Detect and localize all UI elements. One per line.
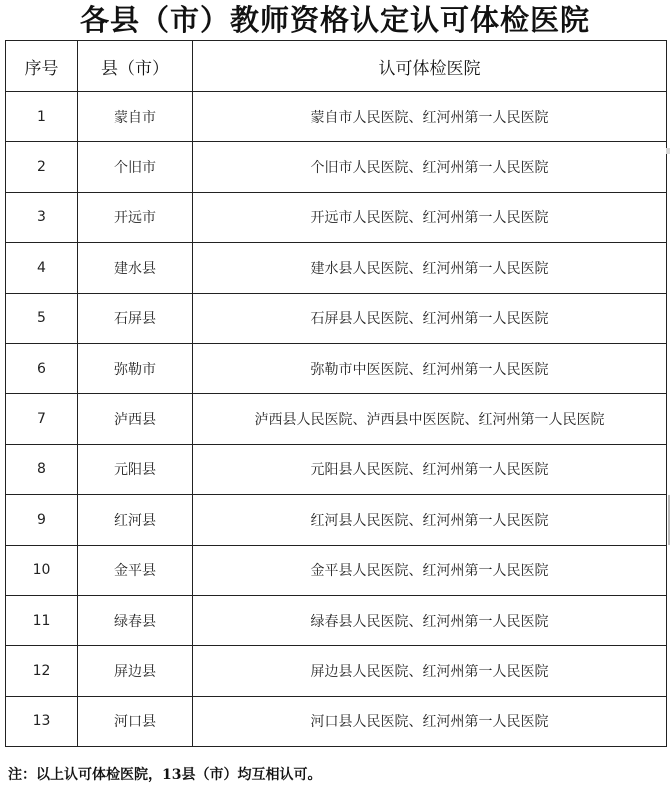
table-row: 3开远市开远市人民医院、红河州第一人民医院	[6, 192, 667, 242]
footnote: 注：以上认可体检医院，13县（市）均互相认可。	[8, 764, 321, 786]
county-name: 建水县	[78, 243, 193, 293]
county-name: 河口县	[78, 696, 193, 746]
table-row: 12屏边县屏边县人民医院、红河州第一人民医院	[6, 646, 667, 696]
hospital-table: 序号 县（市） 认可体检医院 1蒙自市蒙自市人民医院、红河州第一人民医院2个旧市…	[5, 40, 667, 747]
hospital-list: 开远市人民医院、红河州第一人民医院	[193, 192, 667, 242]
row-number: 5	[6, 293, 78, 343]
hospital-list: 弥勒市中医医院、红河州第一人民医院	[193, 343, 667, 393]
table-header-row: 序号 县（市） 认可体检医院	[6, 41, 667, 92]
row-number: 2	[6, 142, 78, 192]
header-county: 县（市）	[78, 41, 193, 92]
table-row: 4建水县建水县人民医院、红河州第一人民医院	[6, 243, 667, 293]
county-name: 屏边县	[78, 646, 193, 696]
table-row: 10金平县金平县人民医院、红河州第一人民医院	[6, 545, 667, 595]
hospital-list: 泸西县人民医院、泸西县中医医院、红河州第一人民医院	[193, 394, 667, 444]
county-name: 个旧市	[78, 142, 193, 192]
table-row: 9红河县红河县人民医院、红河州第一人民医院	[6, 495, 667, 545]
table-row: 2个旧市个旧市人民医院、红河州第一人民医院	[6, 142, 667, 192]
header-hospitals: 认可体检医院	[193, 41, 667, 92]
hospital-list: 蒙自市人民医院、红河州第一人民医院	[193, 92, 667, 142]
page-title: 各县（市）教师资格认定认可体检医院	[0, 0, 670, 40]
county-name: 红河县	[78, 495, 193, 545]
county-name: 金平县	[78, 545, 193, 595]
table-row: 13河口县河口县人民医院、红河州第一人民医院	[6, 696, 667, 746]
table-row: 8元阳县元阳县人民医院、红河州第一人民医院	[6, 444, 667, 494]
row-number: 6	[6, 343, 78, 393]
county-name: 元阳县	[78, 444, 193, 494]
county-name: 泸西县	[78, 394, 193, 444]
row-number: 3	[6, 192, 78, 242]
table-row: 6弥勒市弥勒市中医医院、红河州第一人民医院	[6, 343, 667, 393]
row-number: 9	[6, 495, 78, 545]
row-number: 11	[6, 595, 78, 645]
page-edge-mark	[666, 148, 670, 154]
hospital-list: 河口县人民医院、红河州第一人民医院	[193, 696, 667, 746]
table-row: 11绿春县绿春县人民医院、红河州第一人民医院	[6, 595, 667, 645]
row-number: 10	[6, 545, 78, 595]
row-number: 12	[6, 646, 78, 696]
row-number: 1	[6, 92, 78, 142]
hospital-list: 金平县人民医院、红河州第一人民医院	[193, 545, 667, 595]
hospital-list: 建水县人民医院、红河州第一人民医院	[193, 243, 667, 293]
hospital-list: 屏边县人民医院、红河州第一人民医院	[193, 646, 667, 696]
county-name: 绿春县	[78, 595, 193, 645]
table-row: 1蒙自市蒙自市人民医院、红河州第一人民医院	[6, 92, 667, 142]
row-number: 13	[6, 696, 78, 746]
header-number: 序号	[6, 41, 78, 92]
row-number: 7	[6, 394, 78, 444]
hospital-list: 红河县人民医院、红河州第一人民医院	[193, 495, 667, 545]
county-name: 石屏县	[78, 293, 193, 343]
county-name: 开远市	[78, 192, 193, 242]
county-name: 蒙自市	[78, 92, 193, 142]
row-number: 4	[6, 243, 78, 293]
county-name: 弥勒市	[78, 343, 193, 393]
row-number: 8	[6, 444, 78, 494]
hospital-list: 绿春县人民医院、红河州第一人民医院	[193, 595, 667, 645]
hospital-list: 个旧市人民医院、红河州第一人民医院	[193, 142, 667, 192]
table-row: 5石屏县石屏县人民医院、红河州第一人民医院	[6, 293, 667, 343]
hospital-list: 元阳县人民医院、红河州第一人民医院	[193, 444, 667, 494]
hospital-list: 石屏县人民医院、红河州第一人民医院	[193, 293, 667, 343]
table-row: 7泸西县泸西县人民医院、泸西县中医医院、红河州第一人民医院	[6, 394, 667, 444]
